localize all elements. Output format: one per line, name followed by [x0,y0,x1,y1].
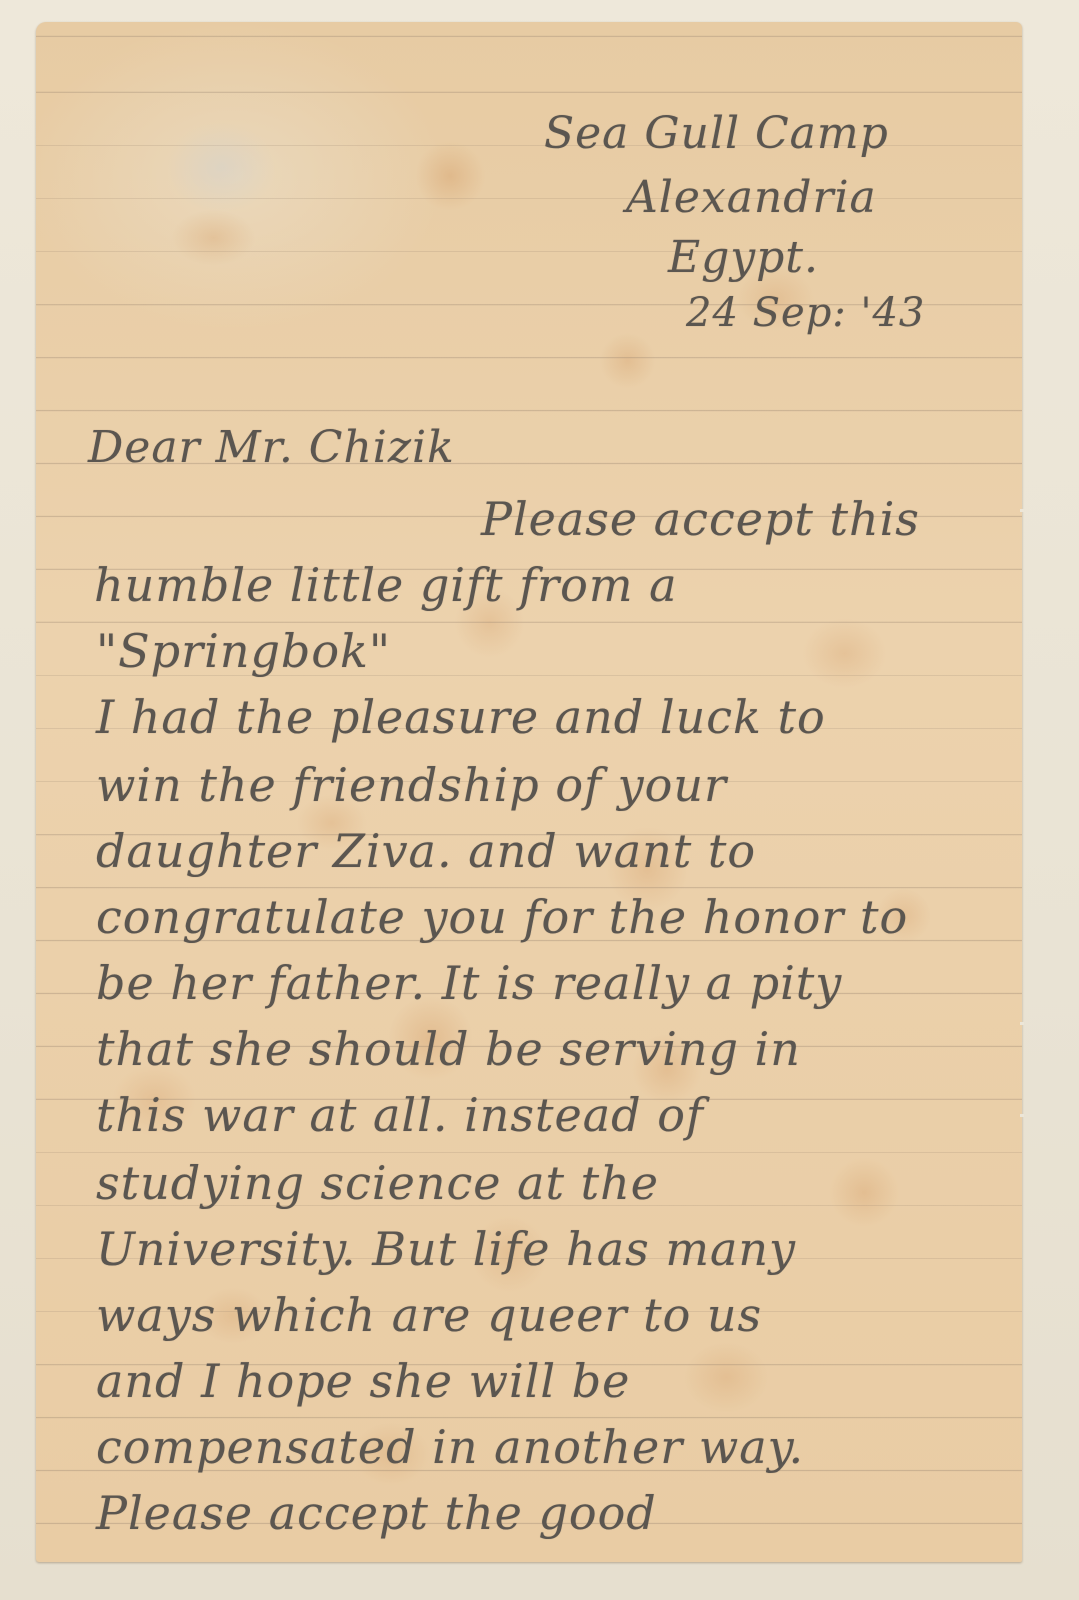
letter-date: 24 Sep: '43 [686,290,925,336]
letter-page: Sea Gull Camp Alexandria Egypt. 24 Sep: … [36,22,1022,1562]
body-line: win the friendship of your [96,758,727,812]
body-line: Please accept the good [96,1486,657,1540]
body-line: be her father. It is really a pity [96,956,842,1010]
address-line-1: Sea Gull Camp [544,108,889,159]
body-line: this war at all. instead of [96,1088,704,1142]
body-line: I had the pleasure and luck to [96,690,826,744]
body-line: Please accept this [481,492,920,546]
edge-notch [1020,1022,1024,1025]
address-line-2: Alexandria [626,172,877,223]
body-line: University. But life has many [96,1222,796,1276]
body-line: congratulate you for the honor to [96,890,908,944]
body-line: compensated in another way. [96,1420,804,1474]
body-line: that she should be serving in [96,1022,801,1076]
salutation: Dear Mr. Chizik [88,422,455,473]
body-line: ways which are queer to us [96,1288,762,1342]
edge-notch [1020,509,1024,512]
body-line: humble little gift from a [94,558,678,612]
body-line: and I hope she will be [96,1354,630,1408]
edge-notch [1020,1114,1024,1117]
body-line: "Springbok" [96,624,391,678]
body-line: studying science at the [96,1156,659,1210]
address-line-3: Egypt. [668,232,819,283]
body-line: daughter Ziva. and want to [96,824,756,878]
faint-stamp-mark [166,122,276,212]
